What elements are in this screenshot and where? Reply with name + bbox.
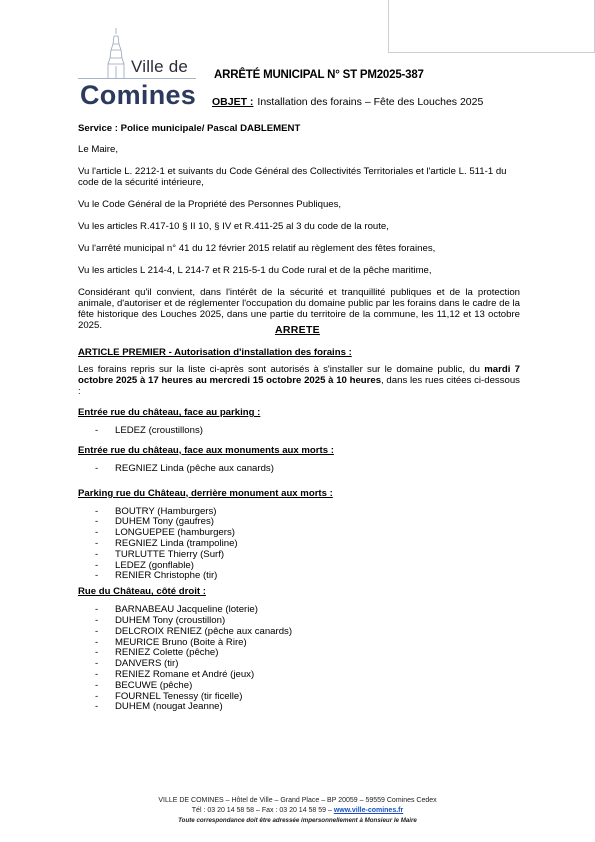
- document-page: Ville de Comines ARRÊTÉ MUNICIPAL N° ST …: [0, 0, 595, 842]
- arrete-heading: ARRETE: [0, 324, 595, 336]
- objet-text: Installation des forains – Fête des Louc…: [257, 96, 483, 108]
- location-3: Parking rue du Château, derrière monumen…: [78, 488, 520, 583]
- list-item: BECUWE (pêche): [78, 681, 520, 692]
- comines-logo: Ville de Comines: [78, 26, 196, 110]
- visa-5: Vu les articles L 214-4, L 214-7 et R 21…: [78, 265, 520, 276]
- location-2: Entrée rue du château, face aux monument…: [78, 445, 520, 475]
- visa-2: Vu le Code Général de la Propriété des P…: [78, 199, 520, 210]
- list-item: LEDEZ (croustillons): [78, 426, 520, 437]
- list-item: RENIER Christophe (tir): [78, 571, 520, 582]
- footer-contact: Tél : 03 20 14 58 58 – Fax : 03 20 14 58…: [0, 806, 595, 816]
- intro-pre: Les forains repris sur la liste ci-après…: [78, 364, 484, 375]
- service-line: Service : Police municipale/ Pascal DABL…: [78, 123, 520, 134]
- objet-label: OBJET :: [212, 96, 253, 108]
- footer-phone-fax: Tél : 03 20 14 58 58 – Fax : 03 20 14 58…: [192, 807, 334, 814]
- footer-address: VILLE DE COMINES – Hôtel de Ville – Gran…: [0, 796, 595, 806]
- article-premier: ARTICLE PREMIER - Autorisation d'install…: [78, 347, 520, 397]
- preamble: Service : Police municipale/ Pascal DABL…: [78, 123, 520, 331]
- church-spire-icon: [96, 26, 136, 78]
- location-1: Entrée rue du château, face au parking :…: [78, 407, 520, 437]
- visa-3: Vu les articles R.417-10 § II 10, § IV e…: [78, 221, 520, 232]
- list-item: TURLUTTE Thierry (Surf): [78, 550, 520, 561]
- stamp-box: [388, 0, 595, 53]
- location-4: Rue du Château, côté droit : BARNABEAU J…: [78, 586, 520, 713]
- forain-list: BARNABEAU Jacqueline (loterie) DUHEM Ton…: [78, 605, 520, 713]
- logo-rule: [78, 78, 196, 79]
- list-item: DUHEM (nougat Jeanne): [78, 702, 520, 713]
- visa-4: Vu l'arrêté municipal n° 41 du 12 févrie…: [78, 243, 520, 254]
- visa-1: Vu l'article L. 2212-1 et suivants du Co…: [78, 166, 520, 188]
- article1-intro: Les forains repris sur la liste ci-après…: [78, 364, 520, 397]
- logo-ville-de: Ville de: [131, 57, 188, 77]
- forain-list: REGNIEZ Linda (pêche aux canards): [78, 464, 520, 475]
- article1-heading: ARTICLE PREMIER - Autorisation d'install…: [78, 347, 520, 358]
- location-heading: Rue du Château, côté droit :: [78, 586, 520, 597]
- logo-comines: Comines: [80, 80, 196, 111]
- footer-note: Toute correspondance doit être adressée …: [0, 816, 595, 826]
- page-title: ARRÊTÉ MUNICIPAL N° ST PM2025-387: [214, 69, 424, 81]
- list-item: REGNIEZ Linda (pêche aux canards): [78, 464, 520, 475]
- footer: VILLE DE COMINES – Hôtel de Ville – Gran…: [0, 796, 595, 826]
- location-heading: Entrée rue du château, face aux monument…: [78, 445, 520, 456]
- forain-list: LEDEZ (croustillons): [78, 426, 520, 437]
- objet-line: OBJET :Installation des forains – Fête d…: [212, 96, 483, 108]
- le-maire: Le Maire,: [78, 144, 520, 155]
- location-heading: Entrée rue du château, face au parking :: [78, 407, 520, 418]
- locations: Entrée rue du château, face au parking :…: [78, 407, 520, 713]
- forain-list: BOUTRY (Hamburgers) DUHEM Tony (gaufres)…: [78, 507, 520, 583]
- list-item: DELCROIX RENIEZ (pêche aux canards): [78, 627, 520, 638]
- location-heading: Parking rue du Château, derrière monumen…: [78, 488, 520, 499]
- website-link[interactable]: www.ville-comines.fr: [334, 807, 403, 814]
